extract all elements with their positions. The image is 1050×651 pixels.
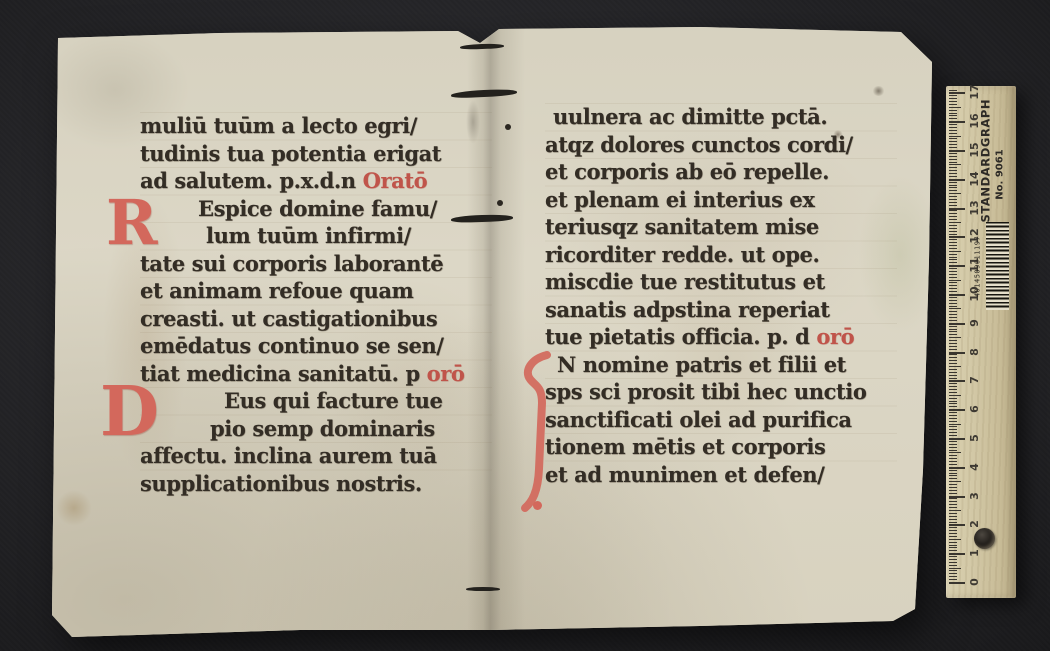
ruler-tick xyxy=(949,579,957,580)
ruler-tick xyxy=(949,136,961,137)
manuscript-line: ad salutem. p.x.d.n Oratō xyxy=(140,167,492,195)
photo-scene: muliū tuūm a lecto egri/tudinis tua pote… xyxy=(0,0,1050,651)
ruler-tick xyxy=(949,573,957,574)
left-text-block: muliū tuūm a lecto egri/tudinis tua pote… xyxy=(140,112,492,497)
ruler-cm-label: 6 xyxy=(967,401,981,417)
ruler-tick xyxy=(949,228,957,229)
right-page: uulnera ac dimitte pctā.atqz dolores cun… xyxy=(545,103,897,488)
ruler-tick xyxy=(949,208,965,210)
ruler-tick xyxy=(949,570,957,571)
ruler-tick xyxy=(949,380,965,382)
ruler-body: 01234567891011121314151617 STANDARDGRAPH… xyxy=(946,86,1016,598)
ruler-tick xyxy=(949,386,957,387)
ruler-tick xyxy=(949,452,961,453)
ruler-tick xyxy=(949,170,957,171)
ruler-tick xyxy=(949,257,957,258)
ruler-tick xyxy=(949,115,957,116)
ruler-tick xyxy=(949,268,957,269)
ruler-tick xyxy=(949,124,957,125)
ruler-tick xyxy=(949,461,957,462)
ruler-tick xyxy=(949,401,957,402)
ruler-tick xyxy=(949,210,957,211)
ruler-tick xyxy=(949,343,957,344)
ruler-tick xyxy=(949,300,957,301)
ruler-tick xyxy=(949,159,957,160)
ruler-tick xyxy=(949,138,957,139)
manuscript-line: pio semp dominaris xyxy=(210,415,492,443)
ruler-tick xyxy=(949,455,957,456)
ruler-tick xyxy=(949,519,957,520)
manuscript-text: tudinis tua potentia erigat xyxy=(140,141,441,166)
stain xyxy=(872,86,885,96)
ruler-model-label: No. 9061 xyxy=(995,140,1006,210)
barcode xyxy=(986,222,1009,310)
ruler-tick xyxy=(949,113,957,114)
manuscript-line: lum tuūm infirmi/ xyxy=(206,222,492,250)
manuscript-text: muliū tuūm a lecto egri/ xyxy=(140,113,417,138)
ruler-tick xyxy=(949,259,957,260)
ruler-tick xyxy=(949,487,957,488)
manuscript-text: Eus qui facture tue xyxy=(224,388,443,413)
ruler-tick xyxy=(949,493,957,494)
manuscript-text: tionem mētis et corporis xyxy=(545,434,825,459)
manuscript-line: sps sci prosit tibi hec unctio xyxy=(545,378,897,406)
rubric-initial: D xyxy=(100,378,159,446)
ruler-tick xyxy=(949,435,957,436)
ruler-tick xyxy=(949,92,965,94)
manuscript-bifolium: muliū tuūm a lecto egri/tudinis tua pote… xyxy=(0,0,1050,651)
ruler-tick xyxy=(949,144,957,145)
ruler-tick xyxy=(949,190,957,191)
ruler-tick xyxy=(949,127,957,128)
ruler-tick xyxy=(949,156,957,157)
ruler-tick xyxy=(949,162,957,163)
manuscript-text: supplicationibus nostris. xyxy=(140,471,422,496)
ruler-tick xyxy=(949,280,961,281)
ruler-tick xyxy=(949,375,957,376)
ruler-tick xyxy=(949,187,957,188)
ruler-tick xyxy=(949,133,957,134)
ruler-tick xyxy=(949,447,957,448)
ruler-tick xyxy=(949,504,957,505)
ruler-tick xyxy=(949,205,957,206)
ruler-tick xyxy=(949,326,957,327)
ruler-tick xyxy=(949,565,957,566)
ruler-tick xyxy=(949,147,957,148)
manuscript-line: tudinis tua potentia erigat xyxy=(140,140,492,168)
ruler-tick xyxy=(949,202,957,203)
ruler-tick xyxy=(949,536,957,537)
ruler-tick xyxy=(949,444,957,445)
ruler-cm-label: 0 xyxy=(967,574,981,590)
ruler-tick xyxy=(949,484,957,485)
ruler-tick xyxy=(949,294,965,296)
ruler-tick xyxy=(949,150,965,152)
ruler-tick xyxy=(949,429,957,430)
ruler-tick xyxy=(949,236,965,238)
ruler-tick xyxy=(949,441,957,442)
ruler-tick xyxy=(949,118,957,119)
ruler-cm-label: 9 xyxy=(967,315,981,331)
ruler-tick xyxy=(949,239,957,240)
manuscript-text: tue pietatis officia. p. d xyxy=(545,324,816,349)
ruler-tick xyxy=(949,340,957,341)
ruler-tick xyxy=(949,285,957,286)
ruler-tick xyxy=(949,470,957,471)
ruler-tick xyxy=(949,421,957,422)
ruler-tick xyxy=(949,432,957,433)
ruler-tick xyxy=(949,389,957,390)
stain xyxy=(56,490,92,526)
ruler-tick xyxy=(949,556,957,557)
manuscript-text: et plenam ei interius ex xyxy=(545,187,814,212)
manuscript-text: et ad munimen et defen/ xyxy=(545,462,824,487)
manuscript-text: Espice domine famu/ xyxy=(198,196,437,221)
ruler-tick xyxy=(949,516,957,517)
ruler-tick xyxy=(949,231,957,232)
ruler-tick xyxy=(949,475,957,476)
ruler-tick xyxy=(949,199,957,200)
ruler-tick xyxy=(949,542,957,543)
ruler-tick xyxy=(949,478,957,479)
ruler-cm-label: 3 xyxy=(967,488,981,504)
ruler-tick xyxy=(949,415,957,416)
ruler-tick xyxy=(949,95,957,96)
ruler-tick xyxy=(949,101,957,102)
rubric-text: orō xyxy=(816,324,854,349)
ruler-tick xyxy=(949,271,957,272)
manuscript-text: lum tuūm infirmi/ xyxy=(206,223,411,248)
ruler-tick xyxy=(949,464,957,465)
right-text-block: uulnera ac dimitte pctā.atqz dolores cun… xyxy=(545,103,897,488)
ruler-tick xyxy=(949,395,961,396)
ruler-tick xyxy=(949,251,961,252)
manuscript-text: pio semp dominaris xyxy=(210,416,435,441)
ruler-tick xyxy=(949,222,961,223)
ruler-tick xyxy=(949,291,957,292)
ruler-tick xyxy=(949,337,961,338)
ruler-tick xyxy=(949,490,957,491)
ruler-brand-label: STANDARDGRAPH xyxy=(979,113,992,223)
ruler-tick xyxy=(949,121,965,123)
manuscript-text: et corporis ab eō repelle. xyxy=(545,159,829,184)
manuscript-line: sanatis adpstina reperiat xyxy=(545,296,897,324)
ruler-tick xyxy=(949,242,957,243)
sewing-slit xyxy=(466,587,500,591)
manuscript-line: tionem mētis et corporis xyxy=(545,433,897,461)
ruler-cm-label: 7 xyxy=(967,372,981,388)
ruler-cm-label: 4 xyxy=(967,459,981,475)
ruler-tick xyxy=(949,406,957,407)
ruler-tick xyxy=(949,576,957,577)
manuscript-line: teriusqz sanitatem mise xyxy=(545,213,897,241)
manuscript-line: Eus qui facture tue xyxy=(224,387,492,415)
sewing-slit xyxy=(460,43,504,50)
manuscript-text: teriusqz sanitatem mise xyxy=(545,214,819,239)
ruler-tick xyxy=(949,450,957,451)
ruler-tick xyxy=(949,360,957,361)
ruler-tick xyxy=(949,369,957,370)
ruler-tick xyxy=(949,530,957,531)
manuscript-line: sanctificati olei ad purifica xyxy=(545,406,897,434)
manuscript-text: ricorditer redde. ut ope. xyxy=(545,242,819,267)
ruler-tick xyxy=(949,110,957,111)
ruler-tick xyxy=(949,225,957,226)
ruler-tick xyxy=(949,98,957,99)
ruler-tick xyxy=(949,553,965,555)
manuscript-line: ricorditer redde. ut ope. xyxy=(545,241,897,269)
manuscript-text: sanatis adpstina reperiat xyxy=(545,297,830,322)
ruler-tick xyxy=(949,173,957,174)
manuscript-text: affectu. inclina aurem tuā xyxy=(140,443,437,468)
ruler-tick xyxy=(949,424,961,425)
ruler-tick xyxy=(949,372,957,373)
manuscript-text: atqz dolores cunctos cordi/ xyxy=(545,132,853,157)
sewing-hole xyxy=(505,124,511,130)
manuscript-text: tate sui corporis laborantē xyxy=(140,251,443,276)
manuscript-line: atqz dolores cunctos cordi/ xyxy=(545,131,897,159)
ruler-tick xyxy=(949,107,961,108)
ruler-tick xyxy=(949,545,957,546)
ruler-tick xyxy=(949,458,957,459)
ruler-tick xyxy=(949,104,957,105)
ruler-tick xyxy=(949,349,957,350)
manuscript-line: uulnera ac dimitte pctā. xyxy=(553,103,897,131)
ruler-tick xyxy=(949,383,957,384)
ruler-tick xyxy=(949,357,957,358)
ruler-tick xyxy=(949,179,965,181)
ruler-tick xyxy=(949,473,957,474)
manuscript-text: uulnera ac dimitte pctā. xyxy=(553,104,827,129)
ruler-tick xyxy=(949,513,957,514)
ruler-tick xyxy=(949,334,957,335)
ruler-tick xyxy=(949,568,961,569)
ruler-tick xyxy=(949,245,957,246)
ruler-tick xyxy=(949,438,965,440)
ruler-tick xyxy=(949,277,957,278)
manuscript-line: affectu. inclina aurem tuā xyxy=(140,442,492,470)
ruler: 01234567891011121314151617 STANDARDGRAPH… xyxy=(946,86,1016,598)
ruler-tick xyxy=(949,297,957,298)
red-ink-dot xyxy=(533,501,542,510)
manuscript-line: N nomine patris et filii et xyxy=(557,351,897,379)
rubric-text: Oratō xyxy=(363,168,428,193)
ruler-tick xyxy=(949,501,957,502)
manuscript-text: emēdatus continuo se sen/ xyxy=(140,333,444,358)
ruler-tick xyxy=(949,363,957,364)
ruler-tick xyxy=(949,323,965,325)
ruler-tick xyxy=(949,550,957,551)
manuscript-text: miscdie tue restitutus et xyxy=(545,269,825,294)
ruler-tick xyxy=(949,164,961,165)
ruler-tick xyxy=(949,213,957,214)
manuscript-text: tiat medicina sanitatū. p xyxy=(140,361,427,386)
parchment: muliū tuūm a lecto egri/tudinis tua pote… xyxy=(0,0,1050,651)
ruler-tick xyxy=(949,331,957,332)
ruler-cm-label: 5 xyxy=(967,430,981,446)
ruler-tick xyxy=(949,354,957,355)
ruler-tick xyxy=(949,314,957,315)
ruler-tick xyxy=(949,306,957,307)
ruler-cm-label: 8 xyxy=(967,344,981,360)
ruler-tick xyxy=(949,378,957,379)
ruler-tick xyxy=(949,403,957,404)
manuscript-text: et animam refoue quam xyxy=(140,278,413,303)
manuscript-line: emēdatus continuo se sen/ xyxy=(140,332,492,360)
manuscript-text: creasti. ut castigationibus xyxy=(140,306,437,331)
ruler-tick xyxy=(949,524,965,526)
ruler-tick xyxy=(949,182,957,183)
manuscript-line: et corporis ab eō repelle. xyxy=(545,158,897,186)
ruler-tick xyxy=(949,308,961,309)
manuscript-line: tiat medicina sanitatū. p orō xyxy=(140,360,492,388)
ruler-tick xyxy=(949,352,965,354)
rubric-initial-i xyxy=(521,349,553,517)
ruler-tick xyxy=(949,498,957,499)
ruler-tick xyxy=(949,467,965,469)
left-page: muliū tuūm a lecto egri/tudinis tua pote… xyxy=(140,112,492,497)
ruler-tick xyxy=(949,254,957,255)
manuscript-line: et ad munimen et defen/ xyxy=(545,461,897,489)
manuscript-line: creasti. ut castigationibus xyxy=(140,305,492,333)
ruler-tick xyxy=(949,262,957,263)
ruler-tick xyxy=(949,533,957,534)
ruler-tick xyxy=(949,141,957,142)
manuscript-text: N nomine patris et filii et xyxy=(557,352,846,377)
ruler-tick xyxy=(949,366,961,367)
ruler-tick xyxy=(949,496,965,498)
ruler-tick xyxy=(949,329,957,330)
ruler-tick xyxy=(949,510,961,511)
ruler-tick xyxy=(949,481,961,482)
sewing-slit xyxy=(451,88,517,98)
ruler-tick xyxy=(949,216,957,217)
manuscript-line: tue pietatis officia. p. d orō xyxy=(545,323,897,351)
ruler-tick xyxy=(949,265,965,267)
manuscript-line: tate sui corporis laborantē xyxy=(140,250,492,278)
ruler-tick xyxy=(949,562,957,563)
manuscript-line: et plenam ei interius ex xyxy=(545,186,897,214)
ruler-tick xyxy=(949,346,957,347)
ruler-tick xyxy=(949,398,957,399)
ruler-tick xyxy=(949,153,957,154)
sewing-hole xyxy=(497,200,503,206)
ruler-tick xyxy=(949,303,957,304)
ruler-tick xyxy=(949,317,957,318)
ruler-tick xyxy=(949,426,957,427)
ruler-tick xyxy=(949,288,957,289)
ruler-tick xyxy=(949,219,957,220)
ruler-tick xyxy=(949,311,957,312)
manuscript-line: et animam refoue quam xyxy=(140,277,492,305)
ruler-tick xyxy=(949,582,965,584)
ruler-tick xyxy=(949,185,957,186)
manuscript-line: supplicationibus nostris. xyxy=(140,470,492,498)
ruler-tick xyxy=(949,320,957,321)
ruler-tick xyxy=(949,274,957,275)
manuscript-line: Espice domine famu/ xyxy=(198,195,492,223)
manuscript-line: miscdie tue restitutus et xyxy=(545,268,897,296)
ruler-tick xyxy=(949,248,957,249)
ruler-tick xyxy=(949,522,957,523)
ruler-tick xyxy=(949,527,957,528)
ruler-tick xyxy=(949,167,957,168)
ruler-tick xyxy=(949,412,957,413)
rubric-initial: R xyxy=(106,192,157,254)
ruler-tick xyxy=(949,196,957,197)
rubric-text: orō xyxy=(427,361,465,386)
ruler-tick xyxy=(949,282,957,283)
ruler-tick xyxy=(949,507,957,508)
ruler-tick xyxy=(949,418,957,419)
ruler-tick xyxy=(949,176,957,177)
ruler-tick xyxy=(949,130,957,131)
manuscript-text: sps sci prosit tibi hec unctio xyxy=(545,379,867,404)
ruler-tick xyxy=(949,234,957,235)
ruler-tick xyxy=(949,409,965,411)
ruler-tick xyxy=(949,193,961,194)
ruler-tick xyxy=(949,559,957,560)
manuscript-line: muliū tuūm a lecto egri/ xyxy=(140,112,492,140)
manuscript-text: sanctificati olei ad purifica xyxy=(545,407,852,432)
hanging-hole xyxy=(974,528,995,549)
manuscript-text: ad salutem. p.x.d.n xyxy=(140,168,363,193)
barcode-digits: 4014509011197 xyxy=(974,223,983,311)
ruler-tick xyxy=(949,547,957,548)
ruler-tick xyxy=(949,90,957,91)
ruler-tick xyxy=(949,539,961,540)
ruler-tick xyxy=(949,392,957,393)
